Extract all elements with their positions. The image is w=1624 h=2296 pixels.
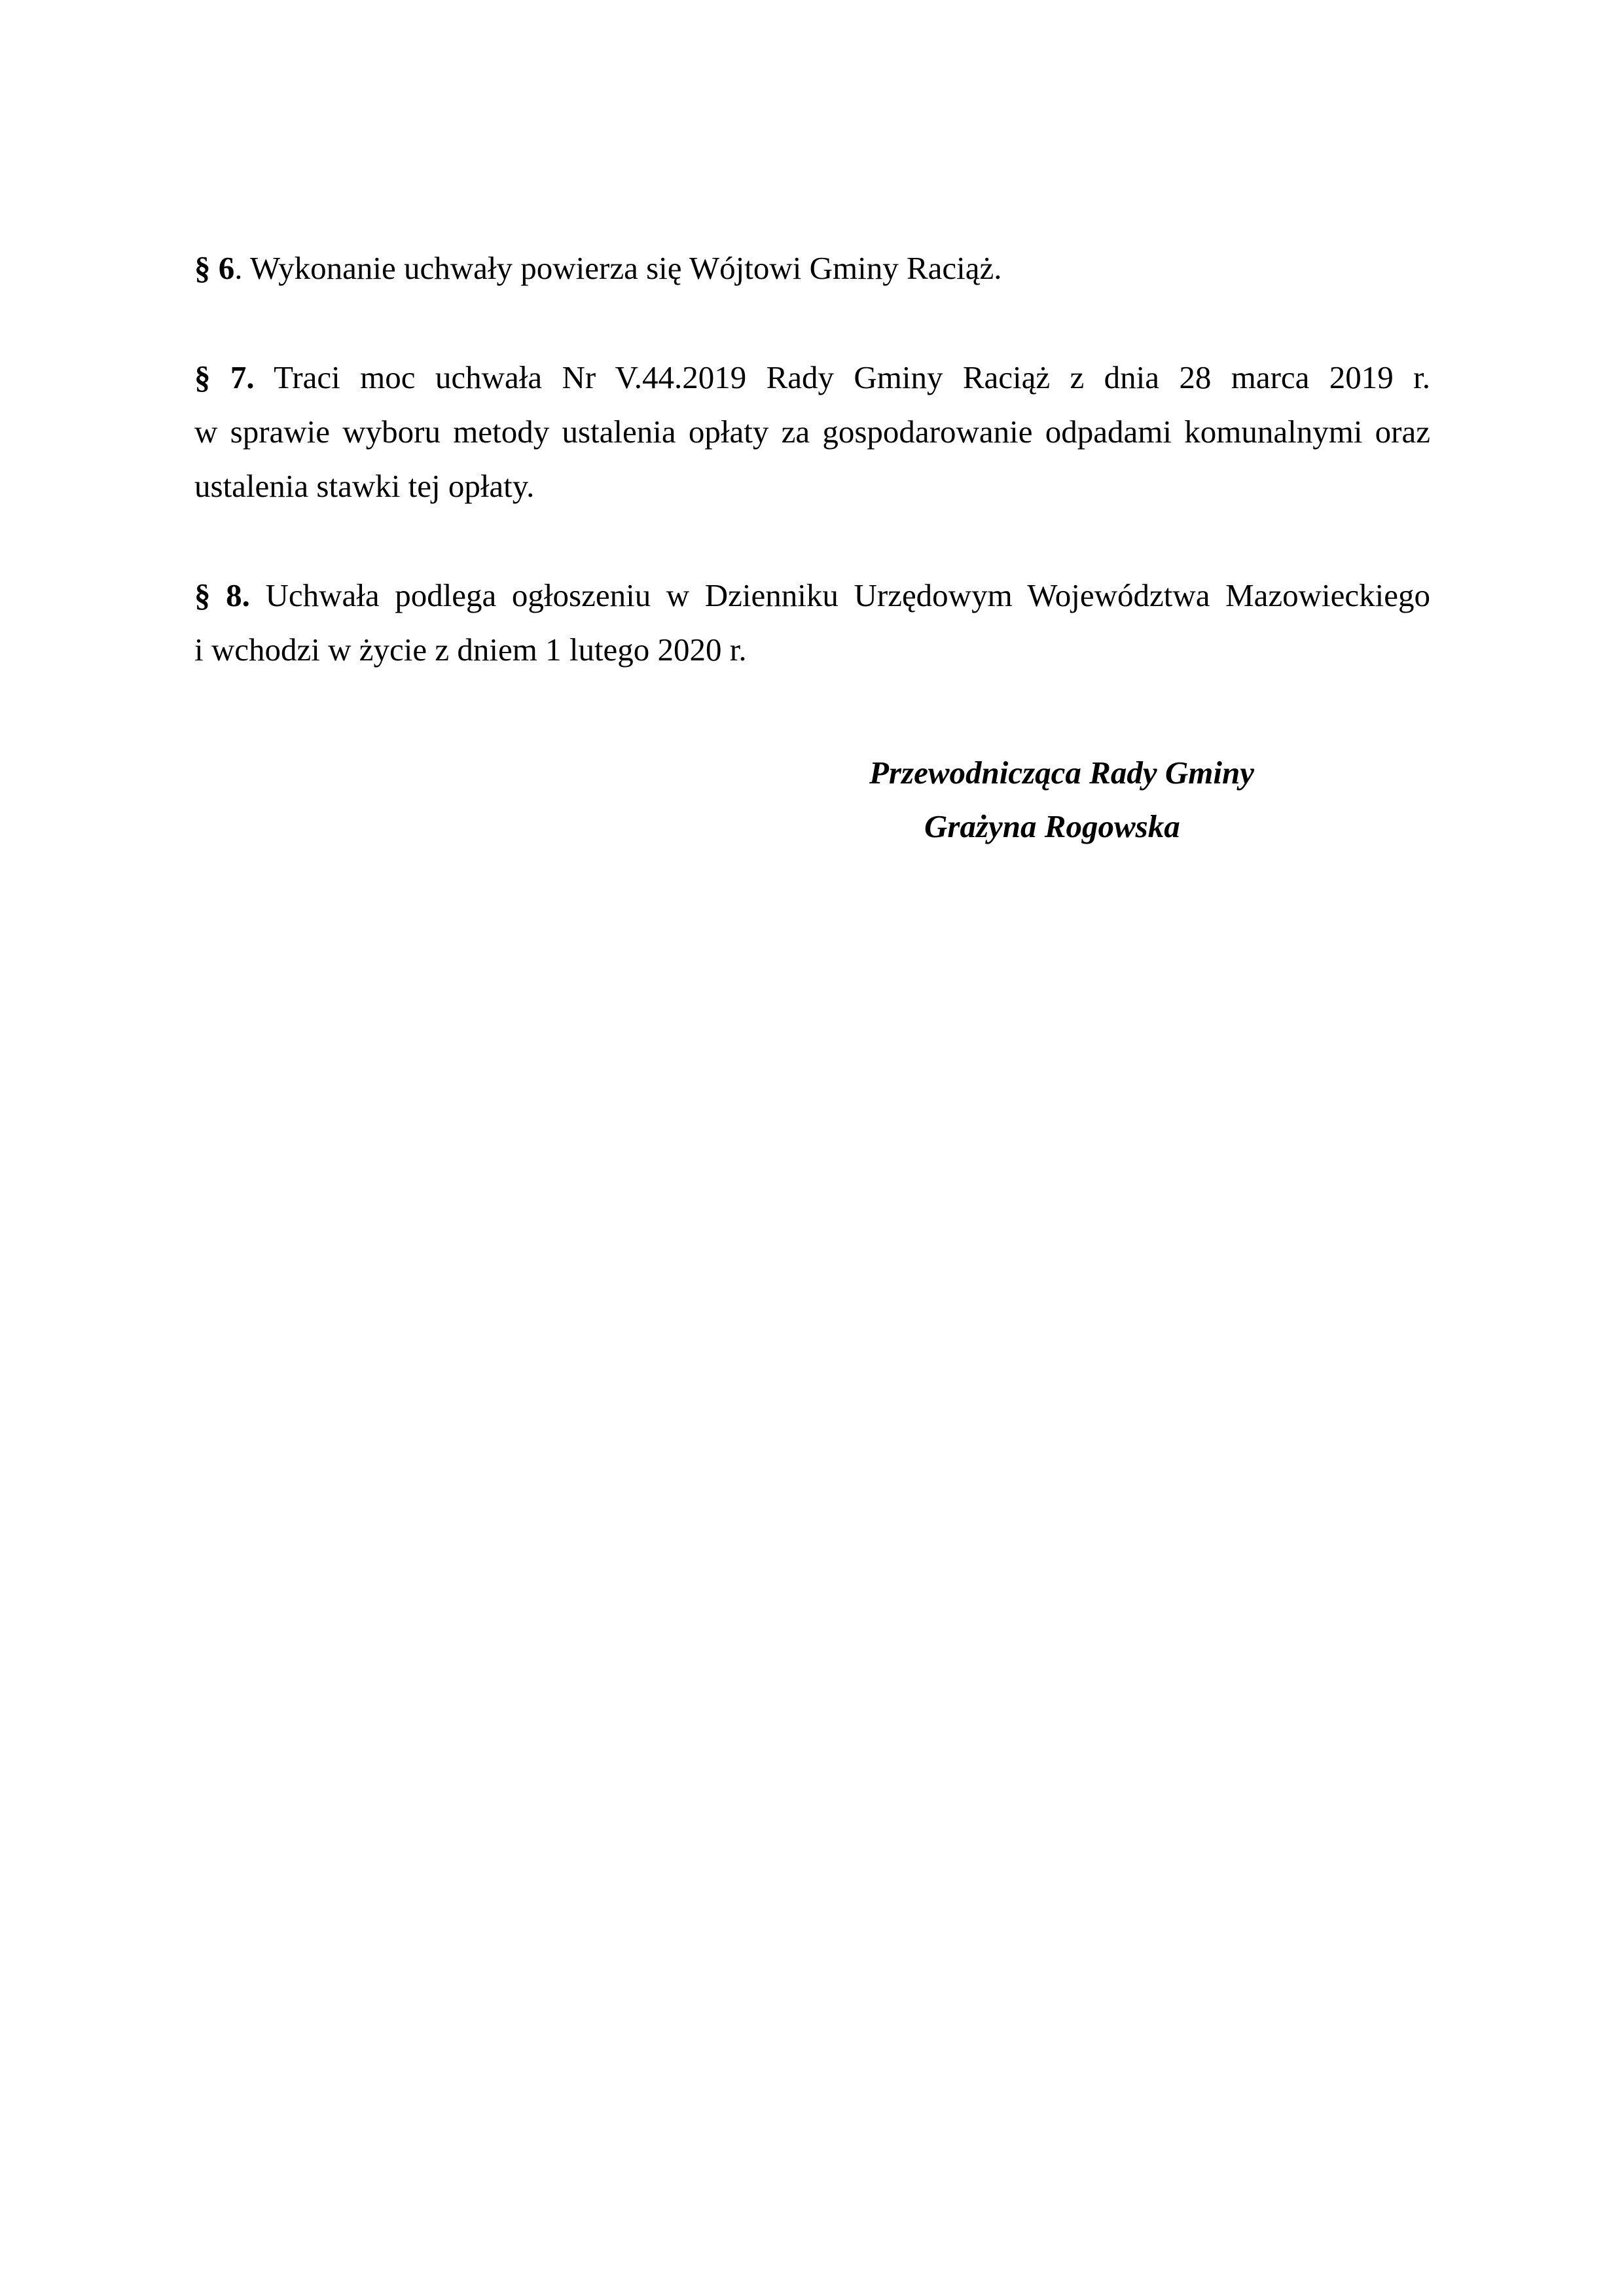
- paragraph-line: § 7. Traci moc uchwała Nr V.44.2019 Rady…: [194, 350, 1430, 404]
- paragraph-number: § 8.: [194, 577, 250, 613]
- paragraph-text: Traci moc uchwała Nr V.44.2019 Rady Gmin…: [255, 359, 1430, 395]
- paragraph-line: § 8. Uchwała podlega ogłoszeniu w Dzienn…: [194, 568, 1430, 622]
- signature-name: Grażyna Rogowska: [869, 800, 1254, 853]
- signature-title: Przewodnicząca Rady Gminy: [869, 746, 1254, 800]
- paragraph-line: § 6. Wykonanie uchwały powierza się Wójt…: [194, 241, 1430, 295]
- paragraph-8: § 8. Uchwała podlega ogłoszeniu w Dzienn…: [194, 568, 1430, 677]
- paragraph-text: . Wykonanie uchwały powierza się Wójtowi…: [234, 250, 1001, 286]
- signature-block: Przewodnicząca Rady Gminy Grażyna Rogows…: [869, 746, 1254, 853]
- document-page: § 6. Wykonanie uchwały powierza się Wójt…: [0, 0, 1624, 2296]
- paragraph-line: ustalenia stawki tej opłaty.: [194, 459, 1430, 513]
- paragraph-number: § 6: [194, 250, 234, 286]
- paragraph-number: § 7.: [194, 359, 255, 395]
- paragraph-6: § 6. Wykonanie uchwały powierza się Wójt…: [194, 241, 1430, 295]
- document-body: § 6. Wykonanie uchwały powierza się Wójt…: [194, 241, 1430, 677]
- paragraph-text: Uchwała podlega ogłoszeniu w Dzienniku U…: [250, 577, 1430, 613]
- paragraph-line: w sprawie wyboru metody ustalenia opłaty…: [194, 404, 1430, 459]
- paragraph-line: i wchodzi w życie z dniem 1 lutego 2020 …: [194, 622, 1430, 677]
- paragraph-7: § 7. Traci moc uchwała Nr V.44.2019 Rady…: [194, 350, 1430, 513]
